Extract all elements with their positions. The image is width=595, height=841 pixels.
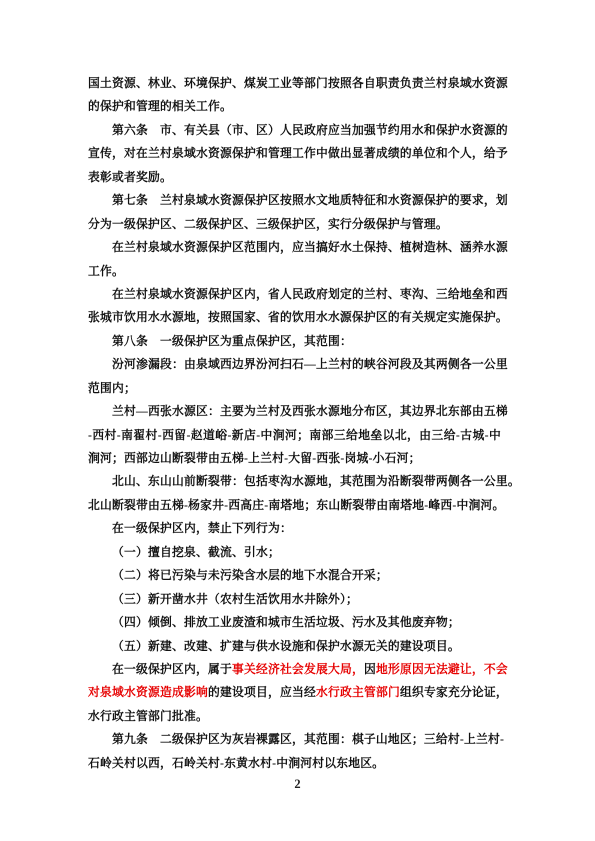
text-line: 在一级保护区内，属于事关经济社会发展大局，因地形原因无法避让，不会	[88, 658, 501, 681]
text-line: 宣传，对在兰村泉域水资源保护和管理工作中做出显著成绩的单位和个人，给予	[88, 142, 501, 165]
body-text: 兰村—西张水源区：主要为兰村及西张水源地分布区，其边界北东部由五梯	[112, 404, 508, 418]
body-text: -西村-南翟村-西留-赵道峪-新店-中涧河；南部三给地垒以北，由三给-古城-中	[88, 428, 501, 442]
text-line: 石岭关村以西，石岭关村-东黄水村-中涧河村以东地区。	[88, 752, 501, 775]
body-text: 在一级保护区内，属于	[112, 662, 232, 676]
text-line: 北山断裂带由五梯-杨家井-西高庄-南塔地；东山断裂带由南塔地-峰西-中涧河。	[88, 494, 501, 517]
body-text: 宣传，对在兰村泉域水资源保护和管理工作中做出显著成绩的单位和个人，给予	[88, 146, 508, 160]
text-line: 第九条 二级保护区为灰岩裸露区，其范围：棋子山地区；三给村-上兰村-	[88, 728, 501, 751]
text-line: 第六条 市、有关县（市、区）人民政府应当加强节约用水和保护水资源的	[88, 119, 501, 142]
text-line: （三）新开凿水井（农村生活饮用水井除外）；	[88, 588, 501, 611]
body-text: 第七条 兰村泉域水资源保护区按照水文地质特征和水资源保护的要求，划	[112, 193, 508, 207]
body-text: 第六条 市、有关县（市、区）人民政府应当加强节约用水和保护水资源的	[112, 123, 508, 137]
body-text: 水行政主管部门批准。	[88, 709, 208, 723]
text-line: 水行政主管部门批准。	[88, 705, 501, 728]
document-page: 国土资源、林业、环境保护、煤炭工业等部门按照各自职责负责兰村泉域水资源的保护和管…	[0, 0, 595, 841]
body-text: 在兰村泉域水资源保护区内，省人民政府划定的兰村、枣沟、三给地垒和西	[112, 287, 508, 301]
text-line: 在一级保护区内，禁止下列行为：	[88, 517, 501, 540]
text-line: 范围内；	[88, 377, 501, 400]
body-text: 的建设项目，应当经	[208, 685, 316, 699]
text-line: 第七条 兰村泉域水资源保护区按照水文地质特征和水资源保护的要求，划	[88, 189, 501, 212]
text-line: 汾河渗漏段：由泉域西边界汾河扫石—上兰村的峡谷河段及其两侧各一公里	[88, 353, 501, 376]
text-line: 对泉域水资源造成影响的建设项目，应当经水行政主管部门组织专家充分论证，	[88, 681, 501, 704]
highlighted-text: 水行政主管部门	[316, 685, 400, 699]
body-text: 组织专家充分论证，	[400, 685, 508, 699]
body-text: 汾河渗漏段：由泉域西边界汾河扫石—上兰村的峡谷河段及其两侧各一公里	[112, 357, 508, 371]
text-line: 北山、东山山前断裂带：包括枣沟水源地，其范围为沿断裂带两侧各一公里。	[88, 470, 501, 493]
text-line: 兰村—西张水源区：主要为兰村及西张水源地分布区，其边界北东部由五梯	[88, 400, 501, 423]
body-text: 第九条 二级保护区为灰岩裸露区，其范围：棋子山地区；三给村-上兰村-	[112, 732, 504, 746]
text-line: （五）新建、改建、扩建与供水设施和保护水源无关的建设项目。	[88, 635, 501, 658]
text-line: 的保护和管理的相关工作。	[88, 95, 501, 118]
page-content: 国土资源、林业、环境保护、煤炭工业等部门按照各自职责负责兰村泉域水资源的保护和管…	[88, 72, 501, 775]
text-line: -西村-南翟村-西留-赵道峪-新店-中涧河；南部三给地垒以北，由三给-古城-中	[88, 424, 501, 447]
text-line: 分为一级保护区、二级保护区、三级保护区，实行分级保护与管理。	[88, 213, 501, 236]
body-text: 在兰村泉域水资源保护区范围内，应当搞好水土保持、植树造林、涵养水源	[112, 240, 508, 254]
body-text: 在一级保护区内，禁止下列行为：	[112, 521, 292, 535]
text-line: 工作。	[88, 260, 501, 283]
body-text: （五）新建、改建、扩建与供水设施和保护水源无关的建设项目。	[112, 639, 460, 653]
body-text: 石岭关村以西，石岭关村-东黄水村-中涧河村以东地区。	[88, 756, 384, 770]
highlighted-text: 对泉域水资源造成影响	[88, 685, 208, 699]
body-text: 第八条 一级保护区为重点保护区，其范围：	[112, 334, 352, 348]
body-text: 张城市饮用水水源地，按照国家、省的饮用水水源保护区的有关规定实施保护。	[88, 310, 508, 324]
body-text: （四）倾倒、排放工业废渣和城市生活垃圾、污水及其他废弃物；	[112, 615, 460, 629]
body-text: 范围内；	[88, 381, 136, 395]
text-line: 表彰或者奖励。	[88, 166, 501, 189]
text-line: （一）擅自挖泉、截流、引水；	[88, 541, 501, 564]
text-line: 第八条 一级保护区为重点保护区，其范围：	[88, 330, 501, 353]
body-text: 因	[364, 662, 376, 676]
highlighted-text: 事关经济社会发展大局，	[232, 662, 364, 676]
body-text: 北山断裂带由五梯-杨家井-西高庄-南塔地；东山断裂带由南塔地-峰西-中涧河。	[88, 498, 505, 512]
body-text: 工作。	[88, 264, 124, 278]
text-line: 涧河；西部边山断裂带由五梯-上兰村-大留-西张-岗城-小石河；	[88, 447, 501, 470]
body-text: （二）将已污染与未污染含水层的地下水混合开采；	[112, 568, 388, 582]
body-text: （一）擅自挖泉、截流、引水；	[112, 545, 280, 559]
body-text: 涧河；西部边山断裂带由五梯-上兰村-大留-西张-岗城-小石河；	[88, 451, 421, 465]
body-text: 表彰或者奖励。	[88, 170, 172, 184]
body-text: 分为一级保护区、二级保护区、三级保护区，实行分级保护与管理。	[88, 217, 448, 231]
body-text: 北山、东山山前断裂带：包括枣沟水源地，其范围为沿断裂带两侧各一公里。	[112, 474, 520, 488]
text-line: 在兰村泉域水资源保护区内，省人民政府划定的兰村、枣沟、三给地垒和西	[88, 283, 501, 306]
body-text: 的保护和管理的相关工作。	[88, 99, 232, 113]
highlighted-text: 地形原因无法避让，不会	[376, 662, 508, 676]
text-line: 张城市饮用水水源地，按照国家、省的饮用水水源保护区的有关规定实施保护。	[88, 306, 501, 329]
page-number: 2	[0, 777, 595, 792]
text-line: 在兰村泉域水资源保护区范围内，应当搞好水土保持、植树造林、涵养水源	[88, 236, 501, 259]
body-text: 国土资源、林业、环境保护、煤炭工业等部门按照各自职责负责兰村泉域水资源	[88, 76, 508, 90]
text-line: （二）将已污染与未污染含水层的地下水混合开采；	[88, 564, 501, 587]
body-text: （三）新开凿水井（农村生活饮用水井除外）；	[112, 592, 358, 606]
text-line: （四）倾倒、排放工业废渣和城市生活垃圾、污水及其他废弃物；	[88, 611, 501, 634]
text-line: 国土资源、林业、环境保护、煤炭工业等部门按照各自职责负责兰村泉域水资源	[88, 72, 501, 95]
